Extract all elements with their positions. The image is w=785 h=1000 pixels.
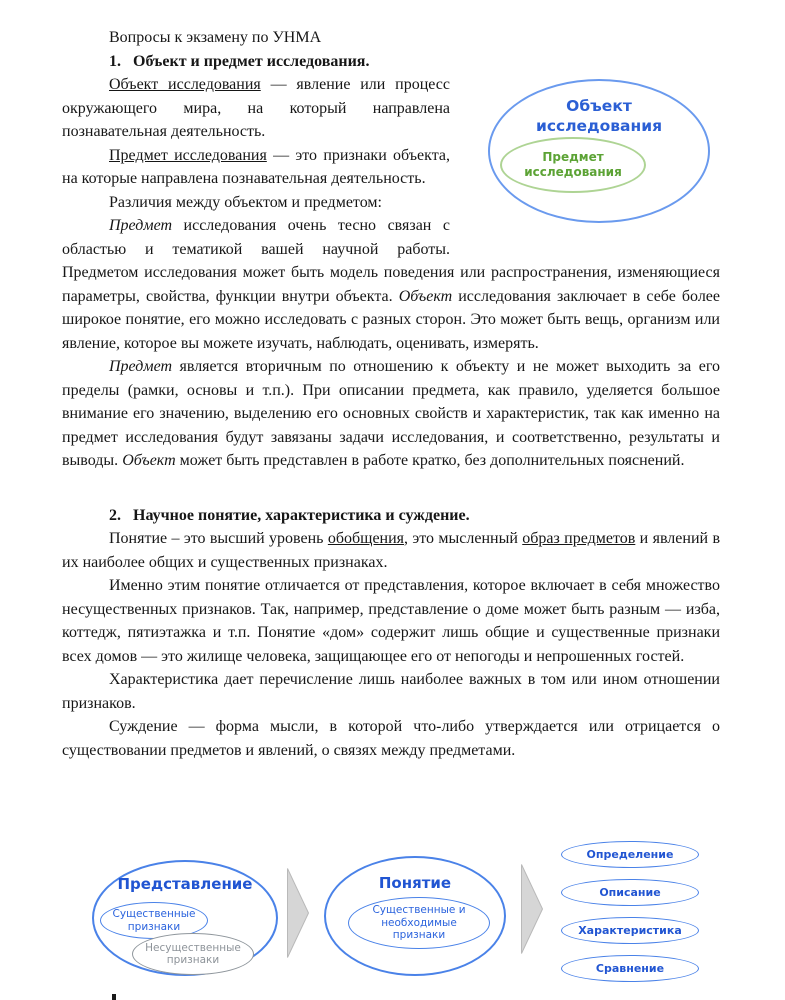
concept-label: Понятие xyxy=(326,874,504,892)
paragraph-characteristic: Характеристика дает перечисление лишь на… xyxy=(62,668,720,715)
paragraph-subject-secondary: Предмет является вторичным по отношению … xyxy=(62,355,720,473)
paragraph-concept: Понятие – это высший уровень обобщения, … xyxy=(62,527,720,574)
figure-object-subject: Объект исследования Предмет исследования xyxy=(458,79,720,231)
section-2-heading: 2. Научное понятие, характеристика и суж… xyxy=(62,504,720,528)
representation-label: Представление xyxy=(94,875,276,893)
right-arrow-icon xyxy=(521,864,543,954)
nonessential-features-ellipse: Несущественные признаки xyxy=(132,933,254,975)
essential-necessary-features-label: Существенные и необходимые признаки xyxy=(367,904,471,942)
paragraph-subject-detail: Предмет исследования очень тесно связан … xyxy=(62,214,720,355)
term-ellipse-comparison: Сравнение xyxy=(561,955,699,982)
object-research-label: Объект исследования xyxy=(519,96,679,136)
paragraph-concept-vs-representation: Именно этим понятие отличается от предст… xyxy=(62,574,720,668)
section-1-heading: 1. Объект и предмет исследования. xyxy=(62,50,720,74)
doc-title: Вопросы к экзамену по УНМА xyxy=(62,26,720,50)
term-ellipse-description: Описание xyxy=(561,879,699,906)
paragraph-judgement: Суждение — форма мысли, в которой что-ли… xyxy=(62,715,720,762)
essential-necessary-features-ellipse: Существенные и необходимые признаки xyxy=(348,897,490,949)
right-arrow-icon xyxy=(287,868,309,958)
object-research-ellipse: Объект исследования Предмет исследования xyxy=(488,79,710,223)
nonessential-features-label: Несущественные признаки xyxy=(143,942,243,967)
subject-research-ellipse: Предмет исследования xyxy=(500,137,646,193)
term-ellipse-characteristic: Характеристика xyxy=(561,917,699,944)
cutoff-text-fragment xyxy=(112,994,116,1000)
term-ellipse-definition: Определение xyxy=(561,841,699,868)
figure-concept-formation: Представление Существенные признаки Несу… xyxy=(62,840,722,1000)
essential-features-label: Существенные признаки xyxy=(111,908,197,933)
subject-research-label: Предмет исследования xyxy=(517,150,629,180)
document-page: Вопросы к экзамену по УНМА 1. Объект и п… xyxy=(0,0,785,1000)
